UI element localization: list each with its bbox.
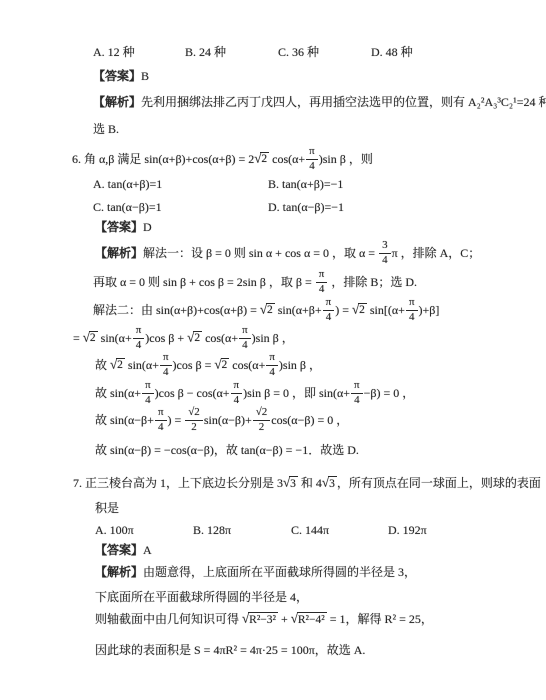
q7-stem-cont-text-0: 积是	[95, 501, 119, 516]
fraction: π4	[142, 380, 154, 406]
q6-analysis-method1-line2: 再取 α = 0 则 sin β + cos β = 2sin β ，取 β =…	[93, 269, 417, 295]
radical-sign-icon: √	[283, 476, 290, 489]
q7-option-c: C. 144π	[291, 523, 329, 538]
q7-analysis-line2: 下底面所在平面截球所得圆的半径是 4，	[95, 590, 308, 605]
fraction: π4	[133, 325, 145, 351]
fraction-numerator: π	[155, 407, 167, 421]
q7-answer-text-1: A	[143, 543, 152, 558]
fraction-numerator: √2	[185, 407, 203, 421]
q7-option-d: D. 192π	[388, 523, 427, 538]
q6-analysis-method2-line5-text-2: ) =	[168, 413, 185, 428]
q7-analysis-line1: 【解析】由题意得，上底面所在平面截球所得圆的半径是 3，	[95, 565, 416, 580]
q6-analysis-method2-line3-text-6: cos(α+	[229, 358, 265, 373]
q6-analysis-method2-line6: 故 sin(α−β) = −cos(α−β)，故 tan(α−β) = −1．故…	[95, 443, 359, 458]
q7-option-a: A. 100π	[95, 523, 134, 538]
q6-analysis-method2-line5-text-0: 故 sin(α−β+	[95, 413, 154, 428]
radicand: 2	[266, 303, 275, 318]
fraction-numerator: π	[406, 297, 418, 311]
q6-analysis-method2-line2-text-4: )cos β +	[145, 331, 187, 346]
square-root: √3	[322, 476, 337, 491]
q6-analysis-method2-line1: 解法二：由 sin(α+β)+cos(α+β) = √2 sin(α+β+π4)…	[93, 297, 439, 323]
q6-option-c: C. tan(α−β)=1	[93, 200, 162, 215]
q7-option-d-text-0: D. 192π	[388, 523, 427, 538]
fraction-denominator: 4	[136, 339, 142, 352]
q6-analysis-method2-line2-text-0: =	[73, 331, 83, 346]
fraction-numerator: √2	[253, 407, 271, 421]
radicand: 2	[193, 331, 202, 346]
radicand: R²−3²	[248, 612, 278, 627]
fraction-numerator: π	[323, 297, 335, 311]
q7-option-b-text-0: B. 128π	[193, 523, 231, 538]
q6-stem-text-2: cos(α+	[269, 152, 305, 167]
square-root: √2	[83, 331, 98, 346]
radicand: 2	[221, 358, 230, 373]
q6-option-c-text-0: C. tan(α−β)=1	[93, 200, 162, 215]
q6-analysis-method2-line3-text-8: )sin β ，	[279, 358, 321, 373]
fraction-numerator: π	[231, 380, 243, 394]
radical-sign-icon: √	[322, 476, 329, 489]
radicand: 3	[328, 476, 337, 491]
fraction-denominator: 4	[158, 421, 164, 434]
fraction: π4	[155, 407, 167, 433]
q7-analysis-line3-text-2: +	[278, 612, 291, 627]
square-root: √R²−3²	[242, 612, 278, 627]
q7-analysis-line3-text-0: 则轴截面中由几何知识可得	[95, 612, 242, 627]
q6-analysis-method2-line2-text-2: sin(α+	[98, 331, 132, 346]
q6-option-b-text-0: B. tan(α+β)=−1	[268, 177, 343, 192]
q7-option-b: B. 128π	[193, 523, 231, 538]
q6-analysis-method2-line1-text-6: sin[(α+	[367, 303, 405, 318]
q6-analysis-method2-line4: 故 sin(α+π4)cos β − cos(α+π4)sin β = 0 ，即…	[95, 380, 414, 406]
q6-analysis-method2-line1-text-0: 解法二：由 sin(α+β)+cos(α+β) =	[93, 303, 260, 318]
q7-analysis-line4: 因此球的表面积是 S = 4πR² = 4π·25 = 100π，故选 A.	[95, 643, 365, 658]
fraction-numerator: π	[306, 146, 318, 160]
fraction-numerator: π	[266, 352, 278, 366]
q5-option-a-text-0: A. 12 种	[93, 45, 135, 60]
fraction: √22	[253, 407, 271, 433]
square-root: √2	[187, 331, 202, 346]
q5-analysis-text-0: 【解析】	[93, 95, 141, 110]
q6-option-d-text-0: D. tan(α−β)=−1	[268, 200, 344, 215]
fraction-denominator: 4	[326, 311, 332, 324]
fraction: π4	[351, 380, 363, 406]
fraction: π4	[231, 380, 243, 406]
q5-option-d: D. 48 种	[371, 45, 413, 60]
fraction-denominator: 4	[354, 394, 360, 407]
q7-analysis-line2-text-0: 下底面所在平面截球所得圆的半径是 4，	[95, 590, 308, 605]
q6-analysis-method1-line1-text-0: 【解析】	[95, 246, 143, 261]
q5-option-b-text-0: B. 24 种	[185, 45, 226, 60]
fraction: π4	[316, 269, 328, 295]
square-root: √3	[283, 476, 298, 491]
q6-analysis-method1-line2-text-0: 再取 α = 0 则 sin β + cos β = 2sin β ，取 β =	[93, 275, 315, 290]
fraction-numerator: π	[351, 380, 363, 394]
q6-stem: 6. 角 α,β 满足 sin(α+β)+cos(α+β) = 2√2 cos(…	[72, 146, 373, 172]
q7-answer-text-0: 【答案】	[95, 543, 143, 558]
square-root: √2	[214, 358, 229, 373]
fraction-denominator: 4	[269, 366, 275, 379]
radical-sign-icon: √	[110, 357, 117, 370]
q6-analysis-method2-line2-text-8: )sin β ，	[252, 331, 294, 346]
fraction-denominator: 4	[234, 394, 240, 407]
fraction-denominator: 4	[319, 283, 325, 296]
q6-analysis-method2-line2-text-6: cos(α+	[202, 331, 238, 346]
q6-option-a-text-0: A. tan(α+β)=1	[93, 177, 162, 192]
q6-analysis-method2-line5: 故 sin(α−β+π4) = √22sin(α−β)+√22cos(α−β) …	[95, 407, 348, 433]
q7-stem-text-2: 和 4	[298, 476, 322, 491]
q6-analysis-method2-line1-text-2: sin(α+β+	[275, 303, 322, 318]
q6-analysis-method2-line2: = √2 sin(α+π4)cos β + √2 cos(α+π4)sin β …	[73, 325, 294, 351]
q5-analysis-text-1: 先利用捆绑法排乙丙丁戊四人，再用插空法选甲的位置，则有 A₂²A₃³C₂¹=24…	[141, 95, 546, 110]
q6-analysis-method2-line5-text-4: sin(α−β)+	[204, 413, 252, 428]
scanned-document-page: A. 12 种B. 24 种C. 36 种D. 48 种【答案】B【解析】先利用…	[0, 0, 546, 700]
radical-sign-icon: √	[352, 302, 359, 315]
q7-analysis-line1-text-1: 由题意得，上底面所在平面截球所得圆的半径是 3，	[143, 565, 416, 580]
q6-analysis-method2-line5-text-6: cos(α−β) = 0 ，	[271, 413, 348, 428]
q5-answer-text-0: 【答案】	[93, 69, 141, 84]
fraction-numerator: π	[316, 269, 328, 283]
fraction: π4	[160, 352, 172, 378]
radical-sign-icon: √	[254, 151, 261, 164]
fraction-denominator: 4	[409, 311, 415, 324]
q6-option-d: D. tan(α−β)=−1	[268, 200, 344, 215]
q6-analysis-method2-line3: 故 √2 sin(α+π4)cos β = √2 cos(α+π4)sin β …	[95, 352, 321, 378]
q6-analysis-method1-line1-text-1: 解法一：设 β = 0 则 sin α + cos α = 0 ，取 α =	[143, 246, 378, 261]
fraction-numerator: π	[133, 325, 145, 339]
fraction-numerator: π	[160, 352, 172, 366]
fraction-denominator: 4	[242, 339, 248, 352]
q6-answer-text-0: 【答案】	[95, 220, 143, 235]
radicand: 2	[89, 331, 98, 346]
fraction: π4	[406, 297, 418, 323]
radical-sign-icon: √	[291, 612, 298, 625]
square-root: √2	[352, 303, 367, 318]
q6-answer-text-1: D	[143, 220, 152, 235]
q6-analysis-method2-line4-text-6: −β) = 0 ，	[364, 386, 415, 401]
q6-analysis-method2-line3-text-2: sin(α+	[125, 358, 159, 373]
q6-analysis-method1-line1: 【解析】解法一：设 β = 0 则 sin α + cos α = 0 ，取 α…	[95, 240, 480, 266]
q6-option-a: A. tan(α+β)=1	[93, 177, 162, 192]
q7-answer: 【答案】A	[95, 543, 152, 558]
q7-stem-text-4: ，所有顶点在同一球面上，则球的表面	[337, 476, 541, 491]
radical-sign-icon: √	[260, 302, 267, 315]
q6-analysis-method1-line2-text-2: ，排除 B；选 D.	[328, 275, 417, 290]
radical-sign-icon: √	[214, 357, 221, 370]
radicand: 3	[289, 476, 298, 491]
fraction: 34	[379, 240, 391, 266]
q5-option-d-text-0: D. 48 种	[371, 45, 413, 60]
q6-analysis-method2-line4-text-2: )cos β − cos(α+	[155, 386, 230, 401]
fraction-denominator: 4	[309, 160, 315, 173]
q6-option-b: B. tan(α+β)=−1	[268, 177, 343, 192]
fraction-denominator: 4	[163, 366, 169, 379]
q5-answer-text-1: B	[141, 69, 149, 84]
q6-analysis-method2-line1-text-8: )+β]	[419, 303, 440, 318]
radicand: 2	[358, 303, 367, 318]
fraction-numerator: π	[142, 380, 154, 394]
q7-option-c-text-0: C. 144π	[291, 523, 329, 538]
q7-option-a-text-0: A. 100π	[95, 523, 134, 538]
q5-analysis: 【解析】先利用捆绑法排乙丙丁戊四人，再用插空法选甲的位置，则有 A₂²A₃³C₂…	[93, 95, 546, 110]
q7-analysis-line3-text-4: = 1，解得 R² = 25，	[327, 612, 433, 627]
q6-analysis-method2-line4-text-4: )sin β = 0 ，即 sin(α+	[243, 386, 350, 401]
q7-analysis-line3: 则轴截面中由几何知识可得 √R²−3² + √R²−4² = 1，解得 R² =…	[95, 612, 433, 627]
q7-analysis-line4-text-0: 因此球的表面积是 S = 4πR² = 4π·25 = 100π，故选 A.	[95, 643, 365, 658]
square-root: √2	[260, 303, 275, 318]
q6-answer: 【答案】D	[95, 220, 152, 235]
q5-option-c-text-0: C. 36 种	[278, 45, 319, 60]
radical-sign-icon: √	[187, 330, 194, 343]
fraction: π4	[306, 146, 318, 172]
square-root: √R²−4²	[291, 612, 327, 627]
q6-analysis-method1-line1-text-3: π ，排除 A，C；	[392, 246, 481, 261]
q7-stem: 7. 正三棱台高为 1，上下底边长分别是 3√3 和 4√3，所有顶点在同一球面…	[73, 476, 541, 491]
q6-stem-text-0: 6. 角 α,β 满足 sin(α+β)+cos(α+β) = 2	[72, 152, 254, 167]
q6-analysis-method2-line3-text-0: 故	[95, 358, 110, 373]
q7-stem-cont: 积是	[95, 501, 119, 516]
fraction: √22	[185, 407, 203, 433]
q7-analysis-line1-text-0: 【解析】	[95, 565, 143, 580]
fraction-numerator: π	[239, 325, 251, 339]
q5-analysis-cont-text-0: 选 B.	[93, 122, 119, 137]
radical-sign-icon: √	[83, 330, 90, 343]
q5-option-c: C. 36 种	[278, 45, 319, 60]
fraction: π4	[266, 352, 278, 378]
q5-answer: 【答案】B	[93, 69, 149, 84]
fraction-denominator: 2	[259, 421, 265, 434]
fraction-numerator: 3	[379, 240, 391, 254]
q5-option-b: B. 24 种	[185, 45, 226, 60]
q6-analysis-method2-line1-text-4: ) =	[335, 303, 352, 318]
radicand: R²−4²	[297, 612, 327, 627]
radicand: 2	[116, 358, 125, 373]
q6-analysis-method2-line6-text-0: 故 sin(α−β) = −cos(α−β)，故 tan(α−β) = −1．故…	[95, 443, 359, 458]
square-root: √2	[254, 152, 269, 167]
q6-analysis-method2-line3-text-4: )cos β =	[173, 358, 215, 373]
q7-stem-text-0: 7. 正三棱台高为 1，上下底边长分别是 3	[73, 476, 283, 491]
fraction-denominator: 2	[191, 421, 197, 434]
square-root: √2	[110, 358, 125, 373]
fraction-denominator: 4	[382, 254, 388, 267]
radicand: 2	[260, 152, 269, 167]
q5-option-a: A. 12 种	[93, 45, 135, 60]
fraction: π4	[323, 297, 335, 323]
q6-stem-text-4: )sin β ，则	[319, 152, 373, 167]
fraction: π4	[239, 325, 251, 351]
fraction-denominator: 4	[145, 394, 151, 407]
radical-sign-icon: √	[242, 612, 249, 625]
q5-analysis-cont: 选 B.	[93, 122, 119, 137]
q6-analysis-method2-line4-text-0: 故 sin(α+	[95, 386, 141, 401]
